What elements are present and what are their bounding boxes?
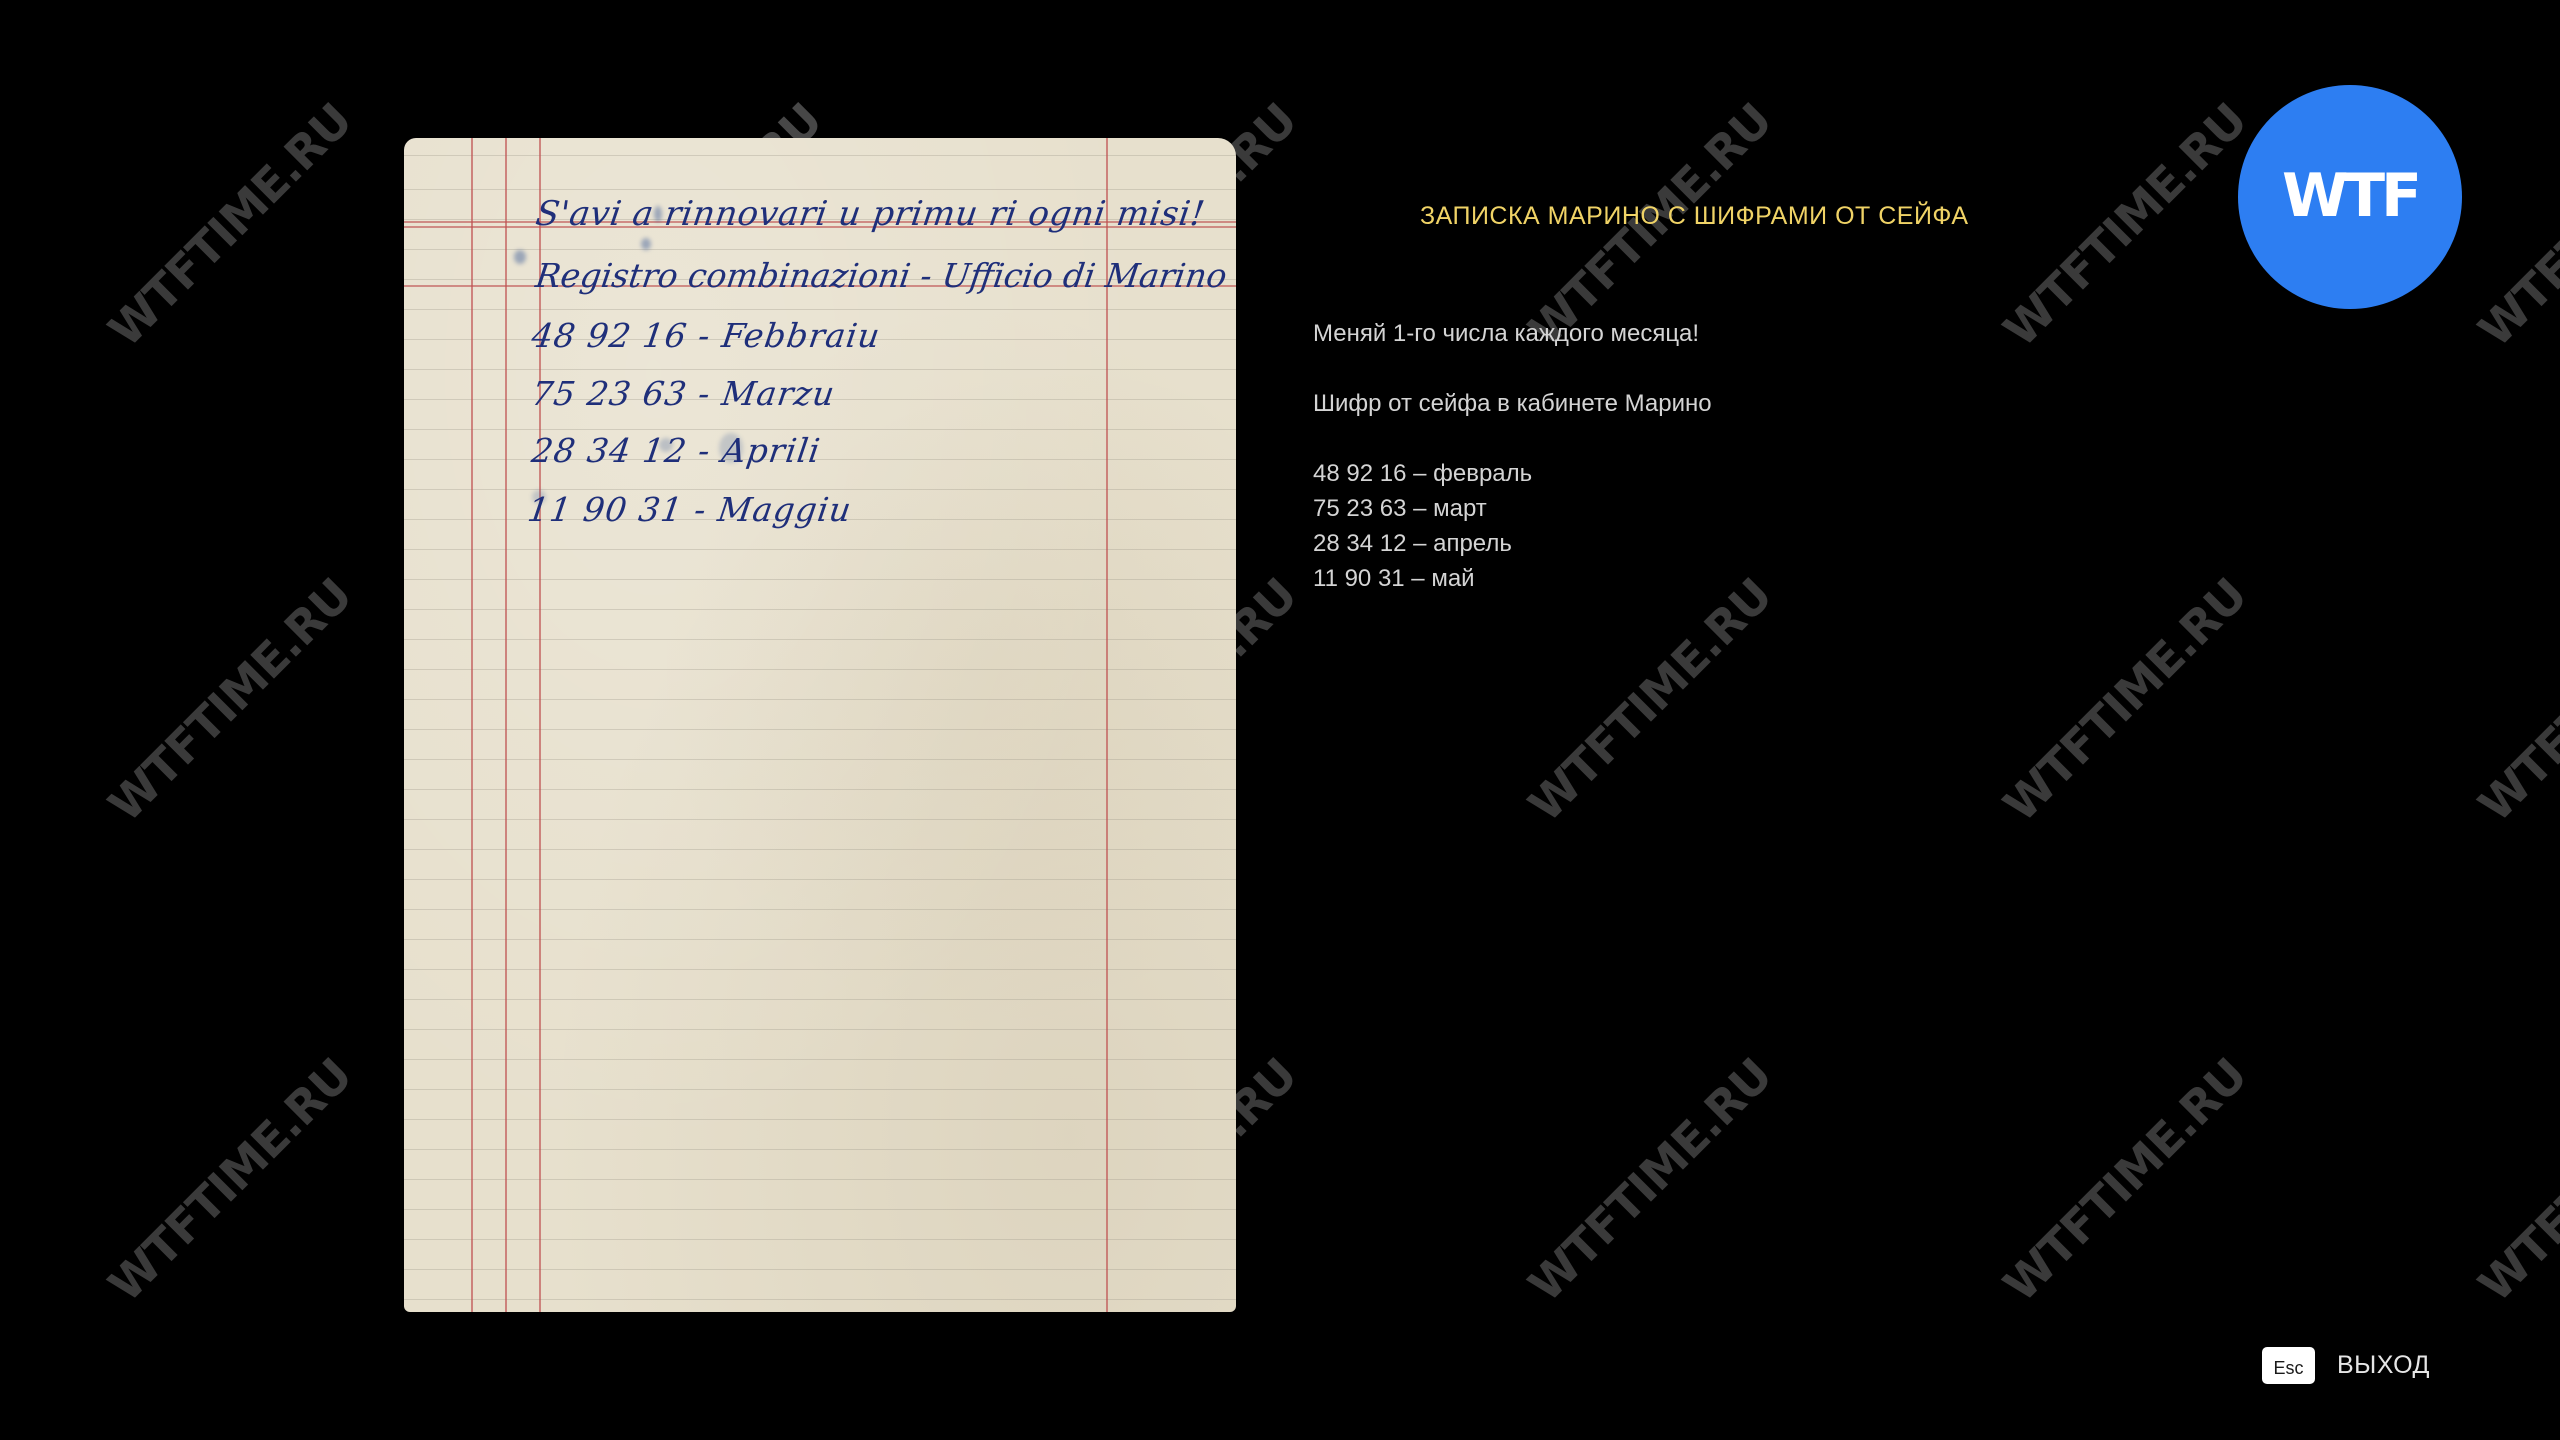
margin-line (539, 138, 541, 1312)
paper-entry: 28 34 12 - Aprili (529, 431, 823, 470)
watermark: WTFTIME.RU (2455, 80, 2560, 370)
note-paper: S'avi a rinnovari u primu ri ogni misi! … (404, 138, 1236, 1312)
note-translation: Меняй 1-го числа каждого месяца! Шифр от… (1313, 316, 1712, 596)
ink-blot (641, 238, 651, 250)
margin-line (505, 138, 507, 1312)
note-title: ЗАПИСКА МАРИНО С ШИФРАМИ ОТ СЕЙФА (1420, 202, 1969, 231)
margin-line (1106, 138, 1108, 1312)
watermark: WTFTIME.RU (2455, 1035, 2560, 1325)
translation-line: Шифр от сейфа в кабинете Марино (1313, 386, 1712, 421)
code-line: 48 92 16 – февраль (1313, 456, 1712, 491)
watermark: WTFTIME.RU (1980, 80, 2270, 370)
watermark: WTFTIME.RU (2455, 555, 2560, 845)
code-line: 28 34 12 – апрель (1313, 526, 1712, 561)
code-line: 75 23 63 – март (1313, 491, 1712, 526)
watermark: WTFTIME.RU (85, 1035, 375, 1325)
watermark: WTFTIME.RU (85, 80, 375, 370)
translation-line: Меняй 1-го числа каждого месяца! (1313, 316, 1712, 351)
code-line: 11 90 31 – май (1313, 561, 1712, 596)
paper-entry: 75 23 63 - Marzu (529, 374, 837, 413)
wtf-logo: WTF (2238, 85, 2462, 309)
ink-blot (514, 250, 526, 264)
exit-button[interactable]: Esc ВЫХОД (2262, 1347, 2430, 1384)
paper-entry: 11 90 31 - Maggiu (525, 490, 854, 529)
ruled-lines (404, 138, 1236, 1312)
margin-line (471, 138, 473, 1312)
paper-entry: 48 92 16 - Febbraiu (529, 316, 883, 355)
watermark: WTFTIME.RU (1505, 1035, 1795, 1325)
watermark-layer: WTFTIME.RU WTFTIME.RU WTFTIME.RU WTFTIME… (0, 0, 2560, 1440)
logo-text: WTF (2282, 161, 2418, 231)
watermark: WTFTIME.RU (1980, 1035, 2270, 1325)
watermark: WTFTIME.RU (85, 555, 375, 845)
esc-key-icon: Esc (2262, 1347, 2315, 1384)
exit-label: ВЫХОД (2337, 1351, 2430, 1380)
paper-subheading: Registro combinazioni - Ufficio di Marin… (533, 256, 1229, 295)
watermark: WTFTIME.RU (1505, 555, 1795, 845)
watermark: WTFTIME.RU (1980, 555, 2270, 845)
paper-heading: S'avi a rinnovari u primu ri ogni misi! (533, 194, 1207, 234)
